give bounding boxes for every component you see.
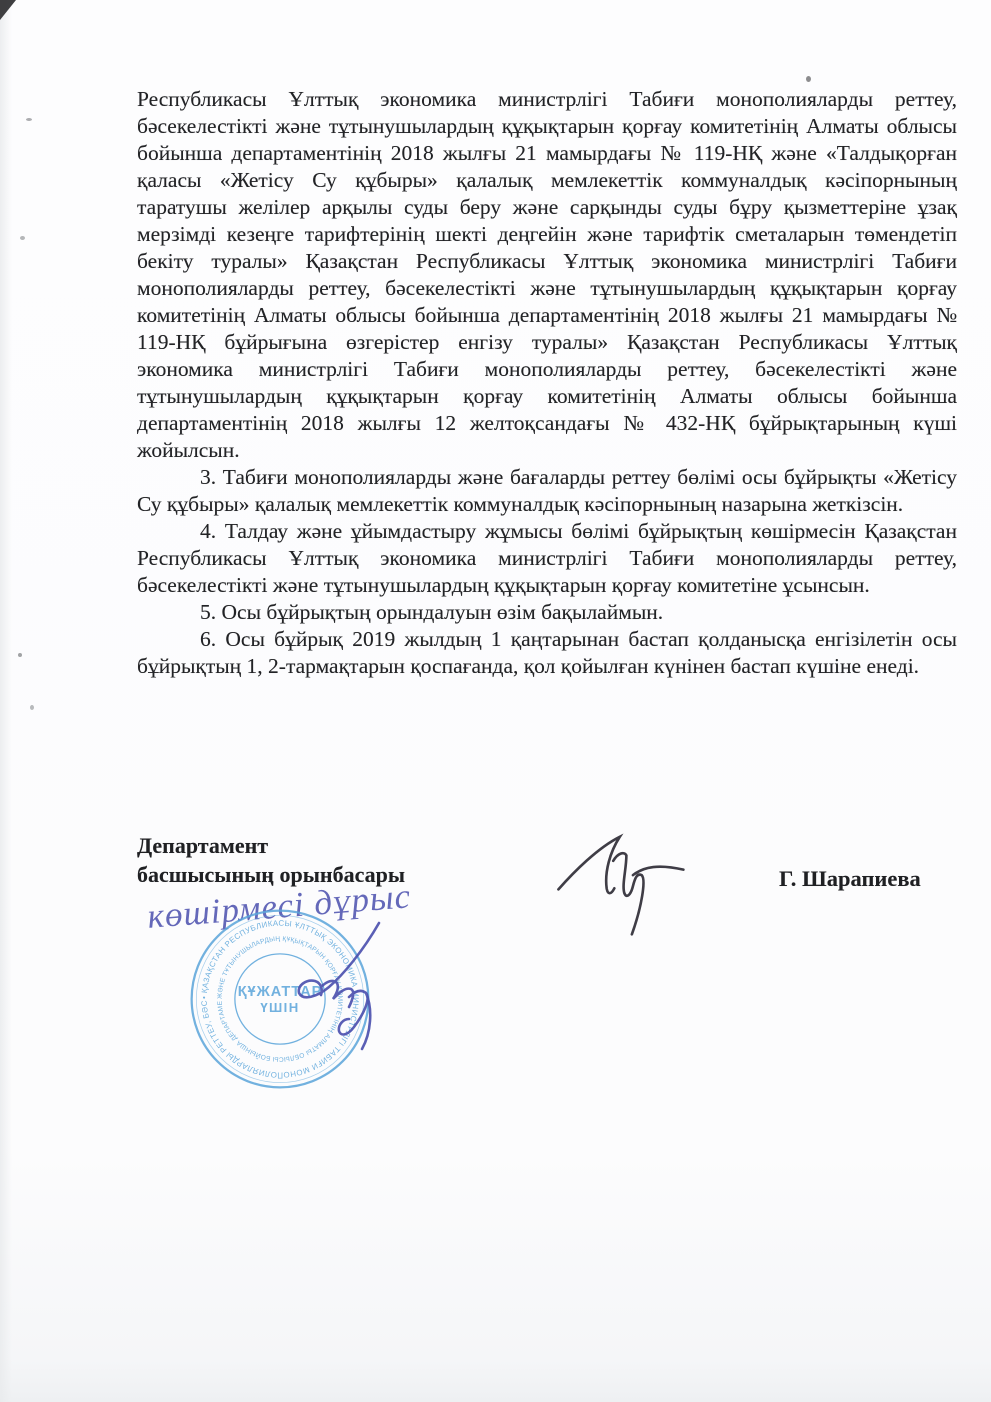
scan-speck	[20, 236, 25, 240]
paragraph-point-6: 6. Осы бұйрық 2019 жылдың 1 қаңтарынан б…	[137, 626, 957, 680]
signature-scribble	[556, 828, 688, 942]
signature-stroke	[558, 837, 619, 893]
signer-position-line1: Департамент	[137, 831, 405, 860]
document-body: Республикасы Ұлттық экономика министрліг…	[137, 86, 957, 680]
scan-speck	[806, 76, 811, 82]
signature-stroke	[613, 853, 643, 934]
signer-name: Г. Шарапиева	[779, 866, 921, 892]
scanned-document-page: Республикасы Ұлттық экономика министрліг…	[0, 0, 991, 1402]
paragraph-continuation: Республикасы Ұлттық экономика министрліг…	[137, 86, 957, 464]
scan-speck	[26, 118, 32, 121]
paragraph-point-3: 3. Табиғи монополияларды және бағаларды …	[137, 464, 957, 518]
scan-corner-artifact	[0, 0, 16, 20]
scan-speck	[30, 705, 34, 710]
scan-edge-shadow	[0, 0, 12, 1402]
paragraph-point-5: 5. Осы бұйрықтың орындалуын өзім бақылай…	[137, 599, 957, 626]
paragraph-point-4: 4. Талдау және ұйымдастыру жұмысы бөлімі…	[137, 518, 957, 599]
ink-stroke	[321, 981, 353, 1007]
scan-speck	[18, 653, 22, 657]
stamp-signature-scribble	[281, 921, 385, 1053]
